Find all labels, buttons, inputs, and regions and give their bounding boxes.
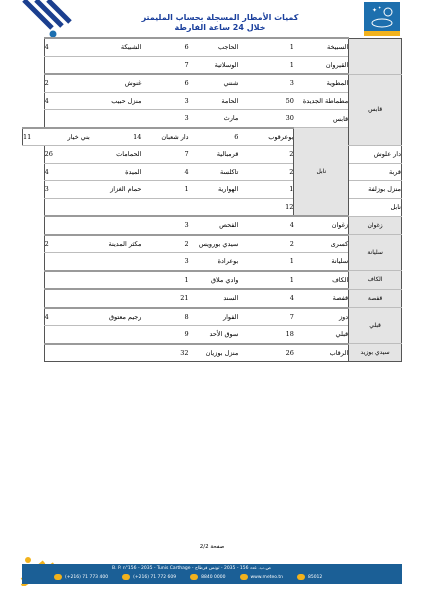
station-name-cell: الرقاب xyxy=(294,344,349,362)
table-row: قبليدوز7الفوار8رجيم معتوق4 xyxy=(23,308,402,326)
rainfall-value-cell: 1 xyxy=(141,181,188,199)
rainfall-value-cell: 8 xyxy=(141,308,188,326)
footer-address: B. P. n°156 - 2035 - Tunis Carthage - ص.… xyxy=(112,566,271,571)
station-name-cell xyxy=(90,326,142,344)
table-row: السبيخة1الحاجب6الشبيكة4 xyxy=(23,38,402,56)
station-name-cell: الحامة xyxy=(189,92,239,110)
footer-contact-bar: B. P. n°156 - 2035 - Tunis Carthage - ص.… xyxy=(22,564,402,584)
station-name-cell: شنني xyxy=(189,74,239,92)
table-row: الكافالكاف1وادي ملاق1 xyxy=(23,271,402,290)
table-row: نابلبوعرقوب6دار شعبان14بني خيار11 xyxy=(23,128,402,146)
governorate-cell: قابس xyxy=(349,74,402,146)
table-row: قبلي18سوق الأحد9 xyxy=(23,326,402,344)
station-name-cell: حمام الغزاز xyxy=(90,181,142,199)
governorate-cell: الكاف xyxy=(349,271,402,290)
rainfall-table: السبيخة1الحاجب6الشبيكة4القيروان1الوسلاتي… xyxy=(22,37,402,362)
station-name-cell: الكاف xyxy=(294,271,349,290)
station-name-cell xyxy=(90,289,142,308)
station-name-cell: الفوار xyxy=(189,308,239,326)
rainfall-value-cell xyxy=(44,344,90,362)
rainfall-value-cell xyxy=(44,271,90,290)
rainfall-value-cell xyxy=(44,110,90,128)
rainfall-value-cell: 4 xyxy=(44,308,90,326)
title-line-2: خلال 24 ساعة الفارطة xyxy=(100,23,340,33)
table-row: سيدي بوزيدالرقاب26منزل بوزيان32 xyxy=(23,344,402,362)
rainfall-value-cell: 4 xyxy=(238,216,294,235)
rainfall-value-cell: 3 xyxy=(141,92,188,110)
station-name-cell: سوق الأحد xyxy=(189,326,239,344)
station-name-cell: الميدة xyxy=(90,163,142,181)
table-row: مطماطة الجديدة50الحامة3منزل حبيب4 xyxy=(23,92,402,110)
station-name-cell: وادي ملاق xyxy=(189,271,239,290)
station-name-cell: قفصة xyxy=(294,289,349,308)
rainfall-value-cell: 14 xyxy=(90,128,142,146)
station-name-cell xyxy=(90,344,142,362)
footer-phone: (+216) 71 773 400 xyxy=(54,574,108,580)
station-name-cell: الشبيكة xyxy=(90,38,142,56)
rainfall-value-cell: 26 xyxy=(44,146,90,164)
station-name-cell: المطوية xyxy=(294,74,349,92)
rainfall-value-cell: 9 xyxy=(141,326,188,344)
governorate-cell xyxy=(349,38,402,74)
station-name-cell xyxy=(90,271,142,290)
rainfall-value-cell: 1 xyxy=(238,56,294,74)
rainfall-value-cell xyxy=(44,56,90,74)
station-name-cell: منزل بوزلفة xyxy=(349,181,402,199)
governorate-cell: نابل xyxy=(294,128,349,217)
station-name-cell xyxy=(90,198,142,216)
rainfall-value-cell xyxy=(44,289,90,308)
governorate-cell: سيدي بوزيد xyxy=(349,344,402,362)
station-name-cell: غنوش xyxy=(90,74,142,92)
station-name-cell: قرمبالية xyxy=(189,146,239,164)
footer-free-number: 8840 0000 xyxy=(190,574,225,580)
header-stripes-decoration xyxy=(22,0,72,40)
rainfall-value-cell: 1 xyxy=(238,271,294,290)
rainfall-value-cell: 4 xyxy=(44,92,90,110)
rainfall-value-cell xyxy=(141,198,188,216)
station-name-cell: مكثر المدينة xyxy=(90,235,142,253)
rainfall-value-cell: 1 xyxy=(238,38,294,56)
rainfall-value-cell: 7 xyxy=(141,56,188,74)
rainfall-value-cell: 26 xyxy=(238,344,294,362)
station-name-cell: تاكلسة xyxy=(189,163,239,181)
station-name-cell: قابس xyxy=(294,110,349,128)
table-row: سليانةكسرى2سيدي بورويس2مكثر المدينة2 xyxy=(23,235,402,253)
station-name-cell: سليانة xyxy=(294,253,349,271)
station-name-cell: السبيخة xyxy=(294,38,349,56)
rainfall-value-cell: 30 xyxy=(238,110,294,128)
rainfall-value-cell: 7 xyxy=(141,146,188,164)
rainfall-value-cell xyxy=(44,253,90,271)
rainfall-value-cell: 1 xyxy=(238,253,294,271)
rainfall-value-cell: 11 xyxy=(23,128,45,146)
station-name-cell: نابل xyxy=(349,198,402,216)
station-name-cell: قبلي xyxy=(294,326,349,344)
station-name-cell: سيدي بورويس xyxy=(189,235,239,253)
station-name-cell: السند xyxy=(189,289,239,308)
rainfall-value-cell: 3 xyxy=(44,181,90,199)
rainfall-value-cell: 3 xyxy=(238,74,294,92)
rainfall-value-cell: 7 xyxy=(238,308,294,326)
rainfall-value-cell xyxy=(44,326,90,344)
rainfall-value-cell: 3 xyxy=(141,110,188,128)
table-row: قابسالمطوية3شنني6غنوش2 xyxy=(23,74,402,92)
rainfall-value-cell: 3 xyxy=(141,253,188,271)
page-number: صفحة 2/2 xyxy=(0,544,424,550)
rainfall-value-cell: 18 xyxy=(238,326,294,344)
rainfall-value-cell: 12 xyxy=(238,198,294,216)
station-name-cell: الوسلاتية xyxy=(189,56,239,74)
station-name-cell: قربة xyxy=(349,163,402,181)
rainfall-value-cell: 32 xyxy=(141,344,188,362)
station-name-cell: دار علوش xyxy=(349,146,402,164)
footer-sms: 85012 xyxy=(297,574,322,580)
station-name-cell: بني خيار xyxy=(44,128,90,146)
footer-fax: (+216) 71 772 609 xyxy=(122,574,176,580)
governorate-cell: زغوان xyxy=(349,216,402,235)
station-name-cell: بوعرادة xyxy=(189,253,239,271)
station-name-cell xyxy=(90,110,142,128)
station-name-cell: الهوارية xyxy=(189,181,239,199)
station-name-cell: القيروان xyxy=(294,56,349,74)
station-name-cell xyxy=(90,56,142,74)
phone-icon xyxy=(54,574,62,580)
table-row: القيروان1الوسلاتية7 xyxy=(23,56,402,74)
rainfall-value-cell: 4 xyxy=(44,38,90,56)
rainfall-value-cell: 4 xyxy=(238,289,294,308)
governorate-cell: قفصة xyxy=(349,289,402,308)
web-icon xyxy=(240,574,248,580)
rainfall-value-cell xyxy=(44,216,90,235)
station-name-cell: رجيم معتوق xyxy=(90,308,142,326)
station-name-cell: كسرى xyxy=(294,235,349,253)
table-row: قابس30مارث3 xyxy=(23,110,402,128)
document-title: كميات الأمطار المسجلة بحساب المليمتر خلا… xyxy=(100,13,340,33)
sms-icon xyxy=(297,574,305,580)
station-name-cell xyxy=(189,198,239,216)
svg-text:✦: ✦ xyxy=(372,7,377,14)
rainfall-value-cell: 1 xyxy=(238,181,294,199)
rainfall-value-cell: 6 xyxy=(141,74,188,92)
station-name-cell: الفحص xyxy=(189,216,239,235)
table-row: سليانة1بوعرادة3 xyxy=(23,253,402,271)
rainfall-value-cell: 21 xyxy=(141,289,188,308)
rainfall-value-cell: 2 xyxy=(44,235,90,253)
station-name-cell: مطماطة الجديدة xyxy=(294,92,349,110)
rainfall-value-cell: 6 xyxy=(189,128,239,146)
rainfall-value-cell: 50 xyxy=(238,92,294,110)
institute-logo: ✦ ✦ xyxy=(364,2,400,36)
rainfall-value-cell: 4 xyxy=(141,163,188,181)
station-name-cell: بوعرقوب xyxy=(238,128,294,146)
station-name-cell: مارث xyxy=(189,110,239,128)
station-name-cell xyxy=(90,216,142,235)
rainfall-value-cell: 3 xyxy=(141,216,188,235)
rainfall-value-cell: 2 xyxy=(44,74,90,92)
title-line-1: كميات الأمطار المسجلة بحساب المليمتر xyxy=(100,13,340,23)
table-row: زغوانزغوان4الفحص3 xyxy=(23,216,402,235)
station-name-cell: الحاجب xyxy=(189,38,239,56)
rainfall-value-cell: 2 xyxy=(141,235,188,253)
station-name-cell: منزل حبيب xyxy=(90,92,142,110)
footer-website[interactable]: www.meteo.tn xyxy=(240,574,283,580)
station-name-cell: منزل بوزيان xyxy=(189,344,239,362)
station-name-cell xyxy=(90,253,142,271)
rainfall-value-cell: 2 xyxy=(238,146,294,164)
rainfall-value-cell: 2 xyxy=(238,163,294,181)
rainfall-value-cell: 2 xyxy=(238,235,294,253)
governorate-cell: قبلي xyxy=(349,308,402,344)
governorate-cell: سليانة xyxy=(349,235,402,271)
svg-text:✦: ✦ xyxy=(378,5,382,10)
station-name-cell: دوز xyxy=(294,308,349,326)
rainfall-value-cell: 6 xyxy=(141,38,188,56)
station-name-cell: الحمامات xyxy=(90,146,142,164)
stars-cloud-icon: ✦ ✦ xyxy=(364,2,400,31)
fax-icon xyxy=(122,574,130,580)
station-name-cell: دار شعبان xyxy=(141,128,188,146)
rainfall-value-cell: 4 xyxy=(44,163,90,181)
table-row: قفصةقفصة4السند21 xyxy=(23,289,402,308)
rainfall-value-cell xyxy=(44,198,90,216)
handset-icon xyxy=(190,574,198,580)
station-name-cell: زغوان xyxy=(294,216,349,235)
rainfall-value-cell: 1 xyxy=(141,271,188,290)
